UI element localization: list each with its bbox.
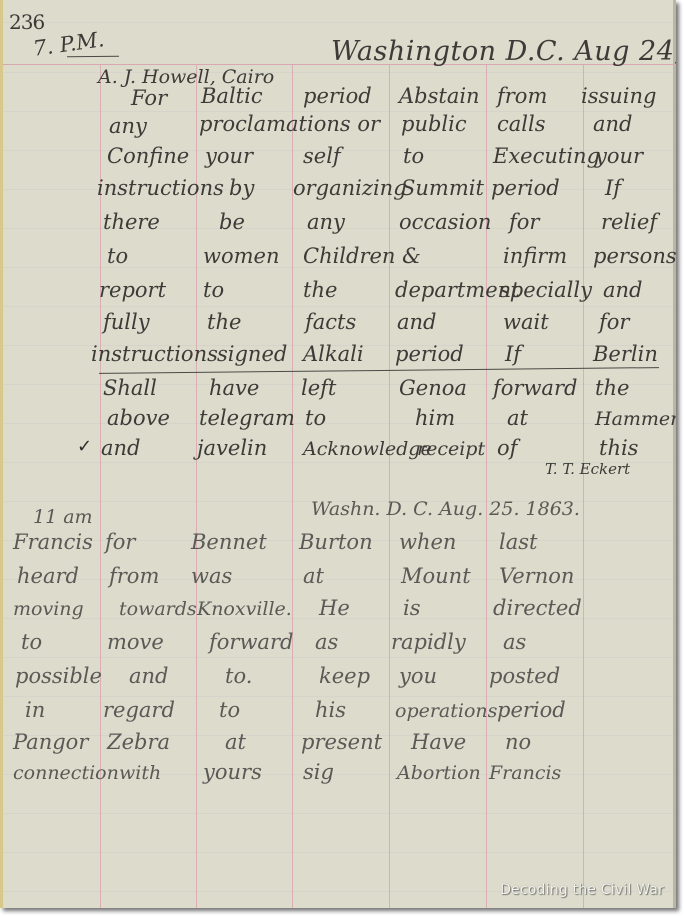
word: to — [403, 146, 424, 167]
word: For — [131, 88, 167, 109]
word: any — [307, 212, 345, 233]
word: at — [303, 566, 324, 587]
word: with — [119, 764, 161, 783]
word: Baltic — [201, 86, 263, 107]
word: the — [595, 378, 629, 399]
word: to — [107, 246, 128, 267]
word: posted — [489, 666, 560, 687]
word: be — [219, 212, 245, 233]
page-edge — [673, 0, 676, 908]
word: possible — [15, 666, 102, 687]
word: signed — [217, 344, 287, 365]
word: and — [593, 114, 633, 135]
word: as — [503, 632, 526, 653]
column-rule-5 — [486, 64, 487, 908]
word: operations — [395, 702, 497, 721]
word: period — [491, 178, 560, 199]
word: this — [599, 438, 638, 459]
word: for — [105, 532, 135, 553]
word: Zebra — [107, 732, 170, 753]
word: Knoxville. — [197, 600, 292, 619]
word: period — [303, 86, 372, 107]
word: for — [599, 312, 629, 333]
word: relief — [601, 212, 657, 233]
word: keep — [319, 666, 370, 687]
word: rapidly — [391, 632, 466, 653]
word: to — [305, 408, 326, 429]
word: infirm — [503, 246, 567, 267]
check-mark-icon: ✓ — [77, 436, 92, 457]
word: If — [605, 178, 621, 199]
word: moving — [13, 600, 84, 619]
word: issuing — [581, 86, 656, 107]
word: period — [497, 700, 566, 721]
word: Francis — [13, 532, 93, 553]
word: Summit — [401, 178, 484, 199]
word: yours — [203, 762, 262, 783]
word: have — [209, 378, 259, 399]
word: Hammer — [595, 410, 676, 429]
word: was — [191, 566, 232, 587]
word: at — [225, 732, 246, 753]
word: sig — [303, 762, 334, 783]
word: your — [595, 146, 643, 167]
word: Acknowledge — [303, 440, 432, 459]
time-underline — [67, 56, 119, 58]
word: period — [395, 344, 464, 365]
word: Pangor — [13, 732, 88, 753]
word: is — [403, 598, 421, 619]
word: wait — [503, 312, 549, 333]
word: telegram — [199, 408, 295, 429]
word: public — [401, 114, 467, 135]
word: Vernon — [499, 566, 574, 587]
word: Executing — [493, 146, 600, 167]
word: calls — [497, 114, 546, 135]
word: no — [505, 732, 531, 753]
word: instructions — [97, 178, 224, 199]
word: to — [21, 632, 42, 653]
word: and — [129, 666, 169, 687]
word: Burton — [299, 532, 373, 553]
word: Abortion — [397, 764, 481, 783]
word: to. — [225, 666, 252, 687]
word: and — [397, 312, 437, 333]
word: women — [203, 246, 279, 267]
word: occasion — [399, 212, 491, 233]
word: the — [303, 280, 337, 301]
word: He — [319, 598, 350, 619]
word: his — [315, 700, 346, 721]
telegram2-time: 11 am — [33, 508, 93, 527]
word: directed — [493, 598, 582, 619]
word: towards — [119, 600, 197, 619]
word: when — [399, 532, 456, 553]
word: of — [497, 438, 517, 459]
word: as — [315, 632, 338, 653]
word: Alkali — [303, 344, 364, 365]
word: specially — [499, 280, 592, 301]
word: proclamations or — [199, 114, 380, 135]
word: for — [509, 212, 539, 233]
word: by — [229, 178, 254, 199]
word: Bennet — [191, 532, 267, 553]
word: Children & — [303, 246, 421, 267]
word: there — [103, 212, 160, 233]
word: at — [507, 408, 528, 429]
signature: T. T. Eckert — [545, 462, 630, 477]
word: left — [301, 378, 336, 399]
word: any — [109, 116, 147, 137]
word: in — [25, 700, 45, 721]
word: Have — [411, 732, 466, 753]
word: to — [203, 280, 224, 301]
word: If — [505, 344, 521, 365]
word: self — [303, 146, 341, 167]
word: Abstain — [399, 86, 480, 107]
separator-stroke — [99, 367, 659, 374]
word: to — [219, 700, 240, 721]
word: Francis — [489, 764, 561, 783]
word: Genoa — [399, 378, 467, 399]
word: connection — [13, 764, 119, 783]
word: regard — [103, 700, 175, 721]
word: move — [107, 632, 164, 653]
telegram1-place-date: Washington D.C. Aug 24, 1863 — [331, 38, 676, 65]
word: above — [107, 408, 170, 429]
word: Berlin — [593, 344, 658, 365]
word: facts — [305, 312, 356, 333]
word: Confine — [107, 146, 189, 167]
telegram2-place-date: Washn. D. C. Aug. 25. 1863. — [311, 500, 580, 519]
word: from — [109, 566, 159, 587]
word: instructions — [91, 344, 218, 365]
word: from — [497, 86, 547, 107]
word: report — [99, 280, 166, 301]
word: and — [101, 438, 141, 459]
word: persons — [593, 246, 676, 267]
word: and — [603, 280, 643, 301]
word: Shall — [103, 378, 157, 399]
ledger-page: 236 7. P.M. Washington D.C. Aug 24, 1863… — [0, 0, 676, 908]
page-number: 236 — [9, 10, 44, 34]
word: your — [205, 146, 253, 167]
word: the — [207, 312, 241, 333]
word: fully — [103, 312, 150, 333]
word: Mount — [401, 566, 471, 587]
word: forward — [493, 378, 577, 399]
watermark: Decoding the Civil War — [500, 882, 664, 898]
word: forward — [209, 632, 293, 653]
word: last — [499, 532, 537, 553]
word: receipt — [417, 440, 485, 459]
column-rule-6 — [583, 64, 584, 908]
word: heard — [17, 566, 79, 587]
word: organizing — [293, 178, 407, 199]
word: him — [415, 408, 455, 429]
word: javelin — [197, 438, 267, 459]
word: present — [301, 732, 382, 753]
word: you — [399, 666, 437, 687]
